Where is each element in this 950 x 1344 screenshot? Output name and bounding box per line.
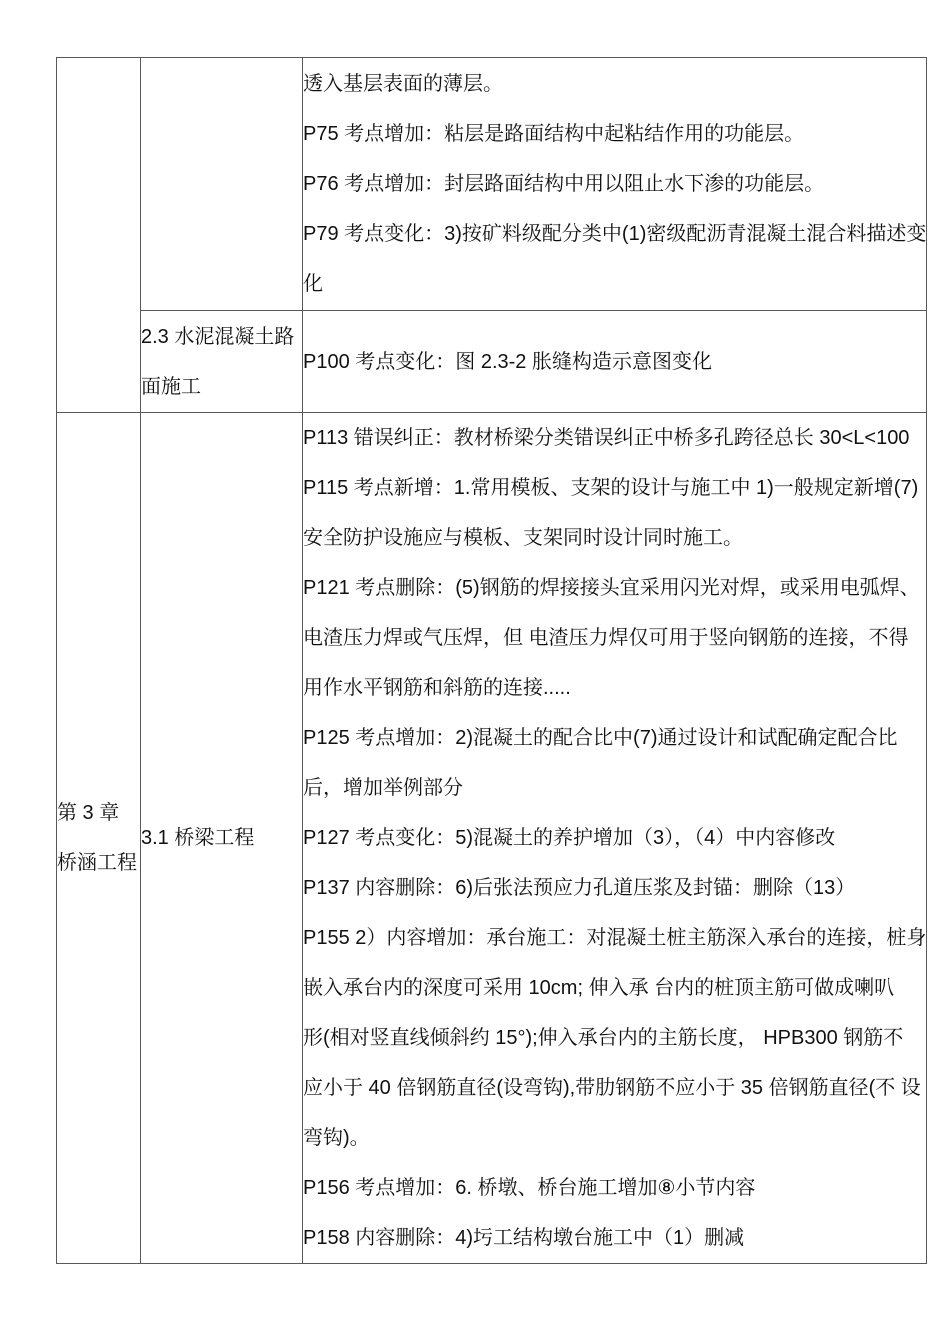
text-line: P113 错误纠正：教材桥梁分类错误纠正中桥多孔跨径总长 30<L<100	[303, 413, 926, 463]
text-line: P137 内容删除：6)后张法预应力孔道压浆及封锚：删除（13）	[303, 863, 926, 913]
text-line: 嵌入承台内的深度可采用 10cm; 伸入承 台内的桩顶主筋可做成喇叭	[303, 963, 926, 1013]
text-line: 用作水平钢筋和斜筋的连接.....	[303, 663, 926, 713]
text-line: 面施工	[141, 362, 302, 412]
text-line: P158 内容删除：4)圬工结构墩台施工中（1）删减	[303, 1213, 926, 1263]
cell-section-asphalt	[141, 58, 303, 311]
revision-table: 透入基层表面的薄层。P75 考点增加：粘层是路面结构中起粘结作用的功能层。P76…	[56, 57, 927, 1264]
text-line: 透入基层表面的薄层。	[303, 59, 926, 109]
text-line: P125 考点增加：2)混凝土的配合比中(7)通过设计和试配确定配合比	[303, 713, 926, 763]
document-page: 透入基层表面的薄层。P75 考点增加：粘层是路面结构中起粘结作用的功能层。P76…	[0, 0, 950, 1344]
text-line: 后，增加举例部分	[303, 763, 926, 813]
text-line: 安全防护设施应与模板、支架同时设计同时施工。	[303, 513, 926, 563]
text-line: 3.1 桥梁工程	[141, 813, 302, 863]
table-row: 2.3 水泥混凝土路面施工 P100 考点变化：图 2.3-2 胀缝构造示意图变…	[57, 311, 927, 413]
cell-chapter-3-bridge-culvert: 第 3 章桥涵工程	[57, 413, 141, 1264]
cell-chapter-2	[57, 58, 141, 413]
text-line: P75 考点增加：粘层是路面结构中起粘结作用的功能层。	[303, 109, 926, 159]
text-line: 形(相对竖直线倾斜约 15°);伸入承台内的主筋长度， HPB300 钢筋不	[303, 1013, 926, 1063]
table-row: 第 3 章桥涵工程 3.1 桥梁工程 P113 错误纠正：教材桥梁分类错误纠正中…	[57, 413, 927, 1264]
text-line: P100 考点变化：图 2.3-2 胀缝构造示意图变化	[303, 337, 926, 387]
text-line: 应小于 40 倍钢筋直径(设弯钩),带肋钢筋不应小于 35 倍钢筋直径(不 设	[303, 1063, 926, 1113]
table-row: 透入基层表面的薄层。P75 考点增加：粘层是路面结构中起粘结作用的功能层。P76…	[57, 58, 927, 311]
text-line: P127 考点变化：5)混凝土的养护增加（3），（4）中内容修改	[303, 813, 926, 863]
text-line: 化	[303, 259, 926, 309]
cell-changes-bridge-engineering: P113 错误纠正：教材桥梁分类错误纠正中桥多孔跨径总长 30<L<100P11…	[303, 413, 927, 1264]
cell-changes-asphalt: 透入基层表面的薄层。P75 考点增加：粘层是路面结构中起粘结作用的功能层。P76…	[303, 58, 927, 311]
text-line: P155 2）内容增加：承台施工：对混凝土桩主筋深入承台的连接，桩身	[303, 913, 926, 963]
text-line: 电渣压力焊或气压焊，但 电渣压力焊仅可用于竖向钢筋的连接，不得	[303, 613, 926, 663]
text-line: P115 考点新增：1.常用模板、支架的设计与施工中 1)一般规定新增(7)	[303, 463, 926, 513]
cell-changes-cement-concrete-pavement: P100 考点变化：图 2.3-2 胀缝构造示意图变化	[303, 311, 927, 413]
text-line: P156 考点增加：6. 桥墩、桥台施工增加⑧小节内容	[303, 1163, 926, 1213]
text-line: P79 考点变化：3)按矿料级配分类中(1)密级配沥青混凝土混合料描述变	[303, 209, 926, 259]
text-line: 第 3 章	[57, 788, 140, 838]
cell-section-bridge-engineering: 3.1 桥梁工程	[141, 413, 303, 1264]
cell-section-cement-concrete-pavement: 2.3 水泥混凝土路面施工	[141, 311, 303, 413]
text-line: P76 考点增加：封层路面结构中用以阻止水下渗的功能层。	[303, 159, 926, 209]
text-line: 弯钩)。	[303, 1113, 926, 1163]
text-line: P121 考点删除：(5)钢筋的焊接接头宜采用闪光对焊，或采用电弧焊、	[303, 563, 926, 613]
text-line: 桥涵工程	[57, 838, 140, 888]
text-line: 2.3 水泥混凝土路	[141, 312, 302, 362]
